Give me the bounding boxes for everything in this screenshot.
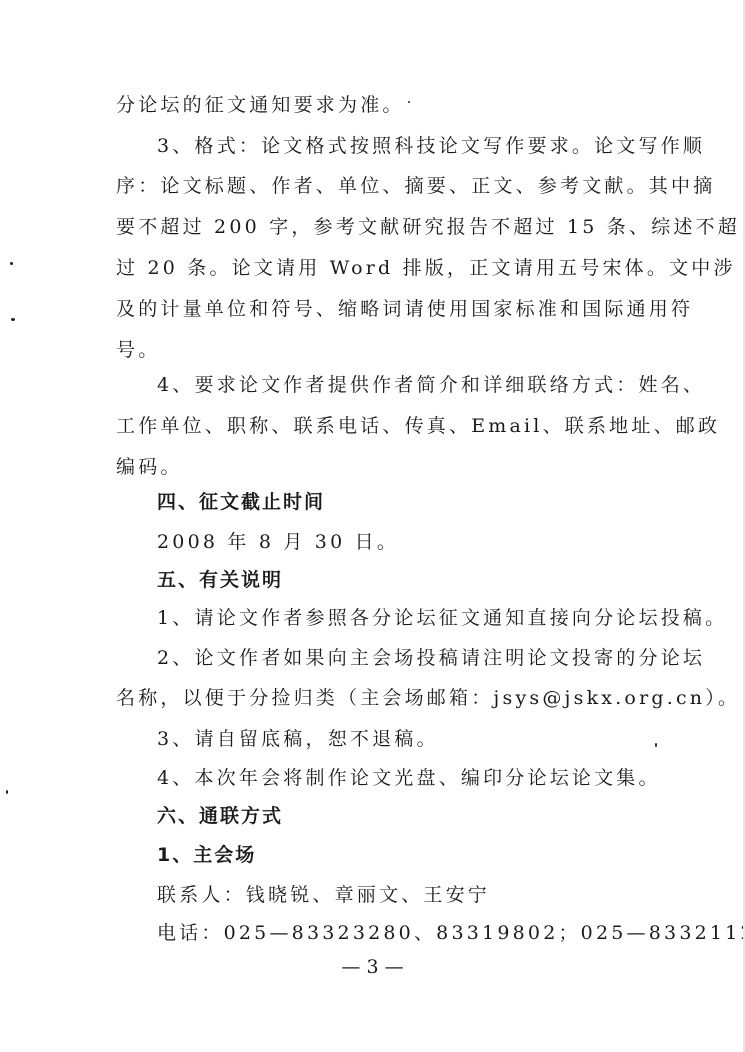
deadline-date: 2008 年 8 月 30 日。 xyxy=(157,527,399,554)
contact-phone: 电话：025—83323280、83319802；025—83321128 转 … xyxy=(157,918,745,945)
text-line-3: 序：论文标题、作者、单位、摘要、正文、参考文献。其中摘 xyxy=(116,171,715,198)
note-2: 2、论文作者如果向主会场投稿请注明论文投寄的分论坛 xyxy=(157,643,705,670)
scan-speck xyxy=(408,101,410,103)
section-heading-notes: 五、有关说明 xyxy=(157,565,283,592)
scan-speck xyxy=(11,318,15,321)
text-line-1: 分论坛的征文通知要求为准。 xyxy=(116,90,405,117)
text-line-9: 工作单位、职称、联系电话、传真、Email、联系地址、邮政 xyxy=(116,411,720,438)
section-heading-contact: 六、通联方式 xyxy=(157,801,283,828)
text-line-7: 号。 xyxy=(116,335,160,362)
scan-speck xyxy=(655,743,657,747)
contact-persons: 联系人：钱晓锐、章丽文、王安宁 xyxy=(157,880,490,907)
scan-speck xyxy=(10,262,13,265)
subheading-main-venue: 1、主会场 xyxy=(157,840,256,867)
note-3: 3、请自留底稿，恕不退稿。 xyxy=(157,724,439,751)
item-4-author-info: 4、要求论文作者提供作者简介和详细联络方式：姓名、 xyxy=(157,370,705,397)
note-4: 4、本次年会将制作论文光盘、编印分论坛论文集。 xyxy=(157,763,661,790)
text-line-5: 过 20 条。论文请用 Word 排版，正文请用五号宋体。文中涉 xyxy=(116,253,736,280)
scan-speck xyxy=(6,790,8,794)
page-number: — 3 — xyxy=(0,956,745,978)
text-line-10: 编码。 xyxy=(116,452,183,479)
text-line-4: 要不超过 200 字，参考文献研究报告不超过 15 条、综述不超 xyxy=(116,212,740,239)
item-3-format: 3、格式：论文格式按照科技论文写作要求。论文写作顺 xyxy=(157,131,705,158)
note-1: 1、请论文作者参照各分论坛征文通知直接向分论坛投稿。 xyxy=(157,603,727,630)
text-line-6: 及的计量单位和符号、缩略词请使用国家标准和国际通用符 xyxy=(116,294,693,321)
section-heading-deadline: 四、征文截止时间 xyxy=(157,487,325,514)
note-2-continued: 名称，以便于分捡归类（主会场邮箱：jsys@jskx.org.cn）。 xyxy=(116,683,740,710)
